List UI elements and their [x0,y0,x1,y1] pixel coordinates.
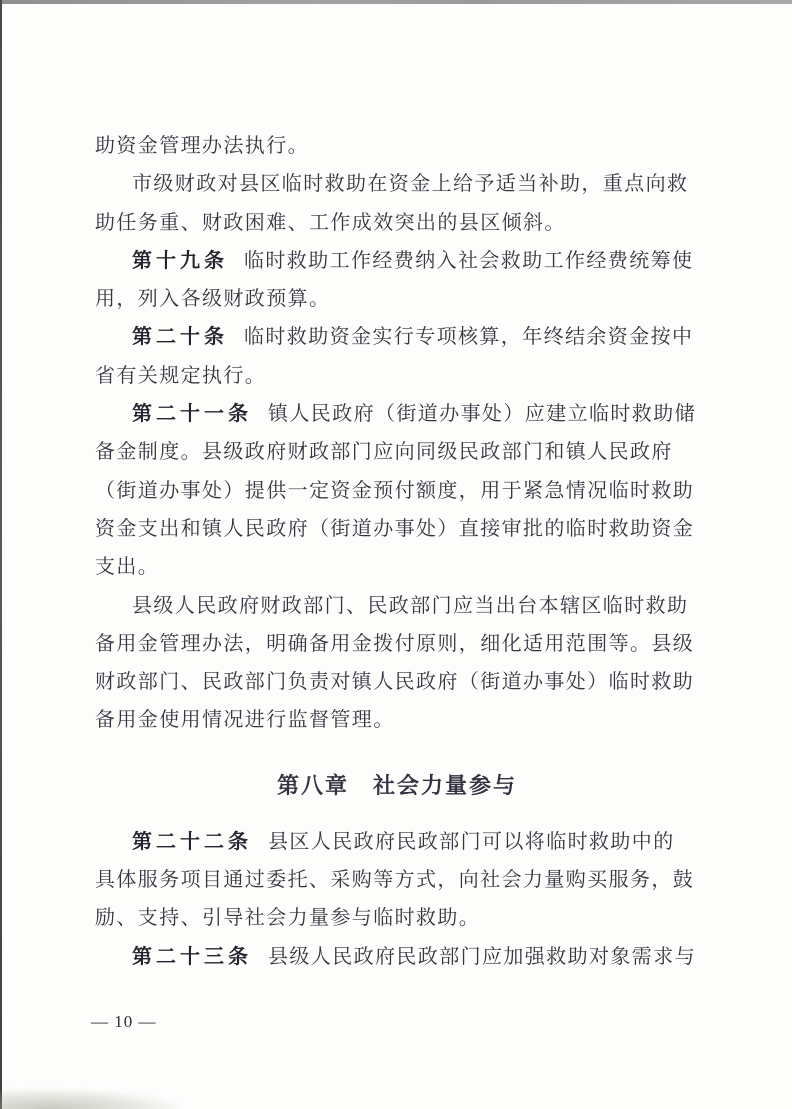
line-text: 临时救助工作经费纳入社会救助工作经费统筹使 [244,250,693,272]
line-text: 县级人民政府民政部门应加强救助对象需求与 [268,946,696,968]
line-text: 财政部门、民政部门负责对镇人民政府（街道办事处）临时救助 [95,671,694,693]
line-text: 临时救助资金实行专项核算，年终结余资金按中 [244,326,693,348]
line-text: 支出。 [95,556,159,578]
article-19-lead: 第十九条 [132,250,228,272]
line-text: 具体服务项目通过委托、采购等方式，向社会力量购买服务，鼓 [95,869,694,891]
article-22-lead: 第二十二条 [132,831,252,853]
line-text: 县区人民政府民政部门可以将临时救助中的 [268,831,675,853]
document-line: 第二十二条县区人民政府民政部门可以将临时救助中的 [95,823,699,861]
line-text: 省有关规定执行。 [95,365,266,387]
document-line: 用，列入各级财政预算。 [95,280,699,318]
line-text: 资金支出和镇人民政府（街道办事处）直接审批的临时救助资金 [95,518,694,540]
line-text: （街道办事处）提供一定资金预付额度，用于紧急情况临时救助 [95,480,694,502]
document-line: 备用金使用情况进行监督管理。 [95,701,699,739]
document-line: 助任务重、财政困难、工作成效突出的县区倾斜。 [95,204,699,242]
document-line: 备用金管理办法，明确备用金拨付原则，细化适用范围等。县级 [95,625,699,663]
document-line: 省有关规定执行。 [95,357,699,395]
document-line: 市级财政对县区临时救助在资金上给予适当补助，重点向救 [95,165,699,203]
document-line: 助资金管理办法执行。 [95,127,699,165]
document-body: 助资金管理办法执行。 市级财政对县区临时救助在资金上给予适当补助，重点向救 助任… [95,127,699,976]
line-text: 市级财政对县区临时救助在资金上给予适当补助，重点向救 [132,173,688,195]
document-line: 第二十条临时救助资金实行专项核算，年终结余资金按中 [95,318,699,356]
line-text: 县级人民政府财政部门、民政部门应当出台本辖区临时救助 [132,595,688,617]
scan-smudge-bottom-left [0,1089,180,1109]
scan-edge-top [0,0,792,4]
line-text: 备用金管理办法，明确备用金拨付原则，细化适用范围等。县级 [95,633,694,655]
document-line: 励、支持、引导社会力量参与临时救助。 [95,899,699,937]
line-text: 励、支持、引导社会力量参与临时救助。 [95,907,480,929]
line-text: 备金制度。县级政府财政部门应向同级民政部门和镇人民政府 [95,441,673,463]
line-text: 助资金管理办法执行。 [95,135,309,157]
document-line: 第二十三条县级人民政府民政部门应加强救助对象需求与 [95,938,699,976]
line-text: 备用金使用情况进行监督管理。 [95,709,395,731]
document-line: 财政部门、民政部门负责对镇人民政府（街道办事处）临时救助 [95,663,699,701]
document-line: 县级人民政府财政部门、民政部门应当出台本辖区临时救助 [95,587,699,625]
line-text: 用，列入各级财政预算。 [95,288,330,310]
scan-edge-left [0,0,2,1109]
page-number: — 10 — [91,1012,157,1032]
document-line: 第二十一条镇人民政府（街道办事处）应建立临时救助储 [95,395,699,433]
document-line: （街道办事处）提供一定资金预付额度，用于紧急情况临时救助 [95,472,699,510]
article-20-lead: 第二十条 [132,326,228,348]
document-line: 具体服务项目通过委托、采购等方式，向社会力量购买服务，鼓 [95,861,699,899]
chapter-heading: 第八章 社会力量参与 [95,767,699,805]
document-line: 资金支出和镇人民政府（街道办事处）直接审批的临时救助资金 [95,510,699,548]
document-line: 备金制度。县级政府财政部门应向同级民政部门和镇人民政府 [95,433,699,471]
document-line: 支出。 [95,548,699,586]
line-text: 镇人民政府（街道办事处）应建立临时救助储 [268,403,696,425]
line-text: 助任务重、财政困难、工作成效突出的县区倾斜。 [95,212,566,234]
document-line: 第十九条临时救助工作经费纳入社会救助工作经费统筹使 [95,242,699,280]
scanned-document-page: 助资金管理办法执行。 市级财政对县区临时救助在资金上给予适当补助，重点向救 助任… [0,0,792,1109]
article-23-lead: 第二十三条 [132,946,252,968]
article-21-lead: 第二十一条 [132,403,252,425]
